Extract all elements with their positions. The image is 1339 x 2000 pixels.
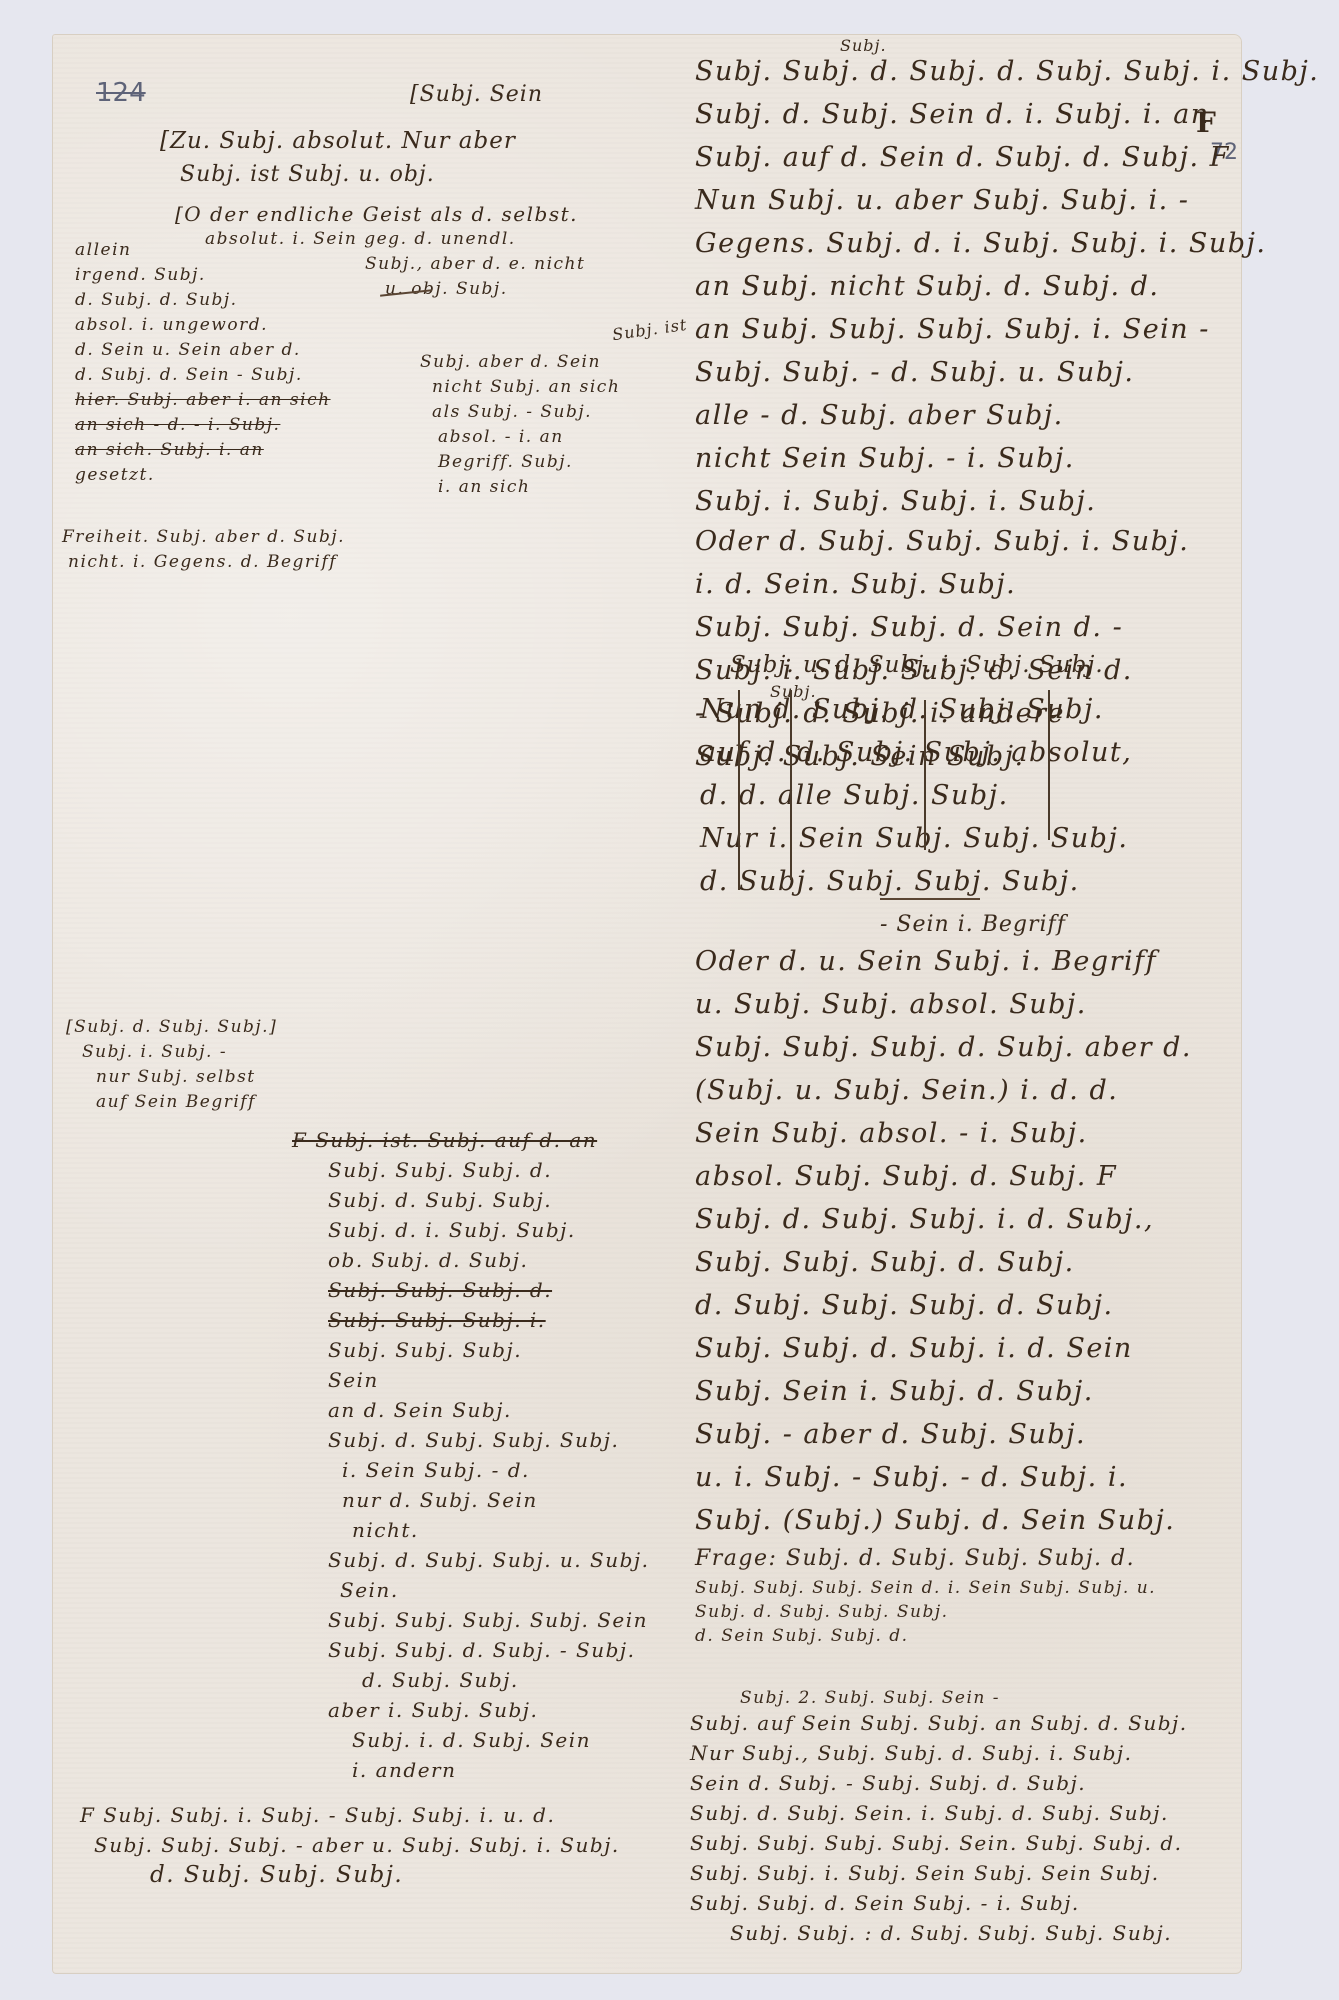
right-paragraph-4: Subj. 2. Subj. Subj. Sein - Subj. auf Se… — [690, 1688, 1188, 1948]
note-middle-left: [Subj. d. Subj. Subj.] Subj. i. Subj. - … — [66, 1015, 277, 1115]
cancel-stroke-3 — [924, 700, 926, 850]
left-title-line-1: [Zu. Subj. absolut. Nur aber — [160, 128, 516, 154]
left-header-right: [Subj. Sein — [410, 82, 543, 107]
right-grid-lines: Nun d. Subj. d. Subj. Subj. auf d. d. Su… — [700, 688, 1132, 903]
note-center: F Subj. ist. Subj. auf d. an Subj. Subj.… — [292, 1125, 649, 1785]
folio-number-struck: 124 — [96, 78, 146, 108]
note-bottom: F Subj. Subj. i. Subj. - Subj. Subj. i. … — [80, 1800, 620, 1890]
cancel-stroke-4 — [1048, 690, 1050, 840]
underlined-phrase: Subj. u. d. Subj. i. Subj. Subj. — [730, 652, 1104, 678]
note-lower-left: Freiheit. Subj. aber d. Subj. nicht. i. … — [62, 525, 345, 575]
margin-note-left: allein irgend. Subj. d. Subj. d. Subj. a… — [75, 238, 331, 488]
margin-note-mid: Subj. aber d. Sein nicht Subj. an sich a… — [420, 350, 620, 500]
section-divider — [880, 898, 980, 900]
cancel-stroke-1 — [738, 690, 740, 890]
right-paragraph-3: Oder d. u. Sein Subj. i. Begriff u. Subj… — [695, 940, 1192, 1648]
left-title-line-2: Subj. ist Subj. u. obj. — [180, 162, 435, 187]
paragraph-3-heading: - Sein i. Begriff — [880, 912, 1066, 937]
cancel-stroke-2 — [790, 690, 792, 880]
right-paragraph-1: Subj. Subj. d. Subj. d. Subj. Subj. i. S… — [695, 50, 1319, 523]
